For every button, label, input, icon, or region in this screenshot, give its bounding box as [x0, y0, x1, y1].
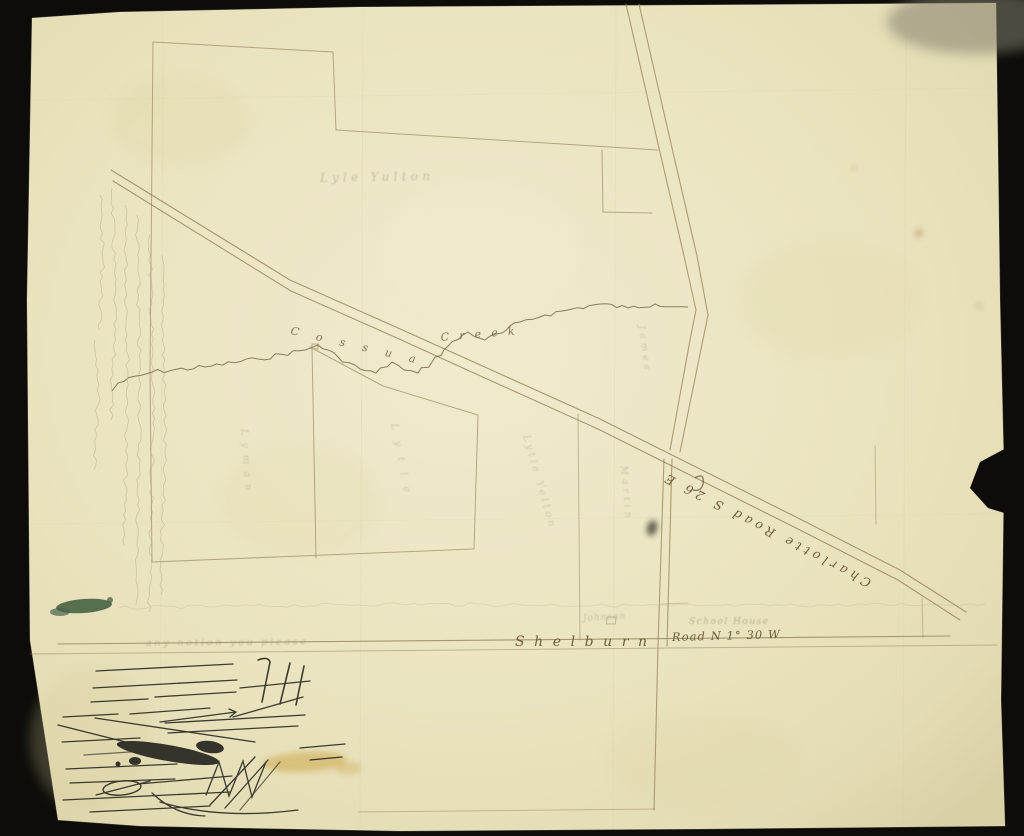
survey-map-photo: Shelburn Road N 1° 30 W Charlotte Road S… [0, 0, 1024, 836]
green-paint-stain [50, 608, 70, 616]
foxing-spot [915, 229, 923, 237]
shelburn-road-bearing: Road N 1° 30 W [671, 627, 782, 644]
green-paint-stain [107, 597, 113, 603]
landowner-top: Lyle Yulton [319, 169, 430, 185]
yellow-stain [335, 762, 361, 774]
foxing-spot [976, 303, 982, 309]
photo-background: Shelburn Road N 1° 30 W Charlotte Road S… [0, 0, 1024, 836]
foxing-spot [852, 166, 857, 171]
school-house-label: School House [689, 617, 770, 627]
